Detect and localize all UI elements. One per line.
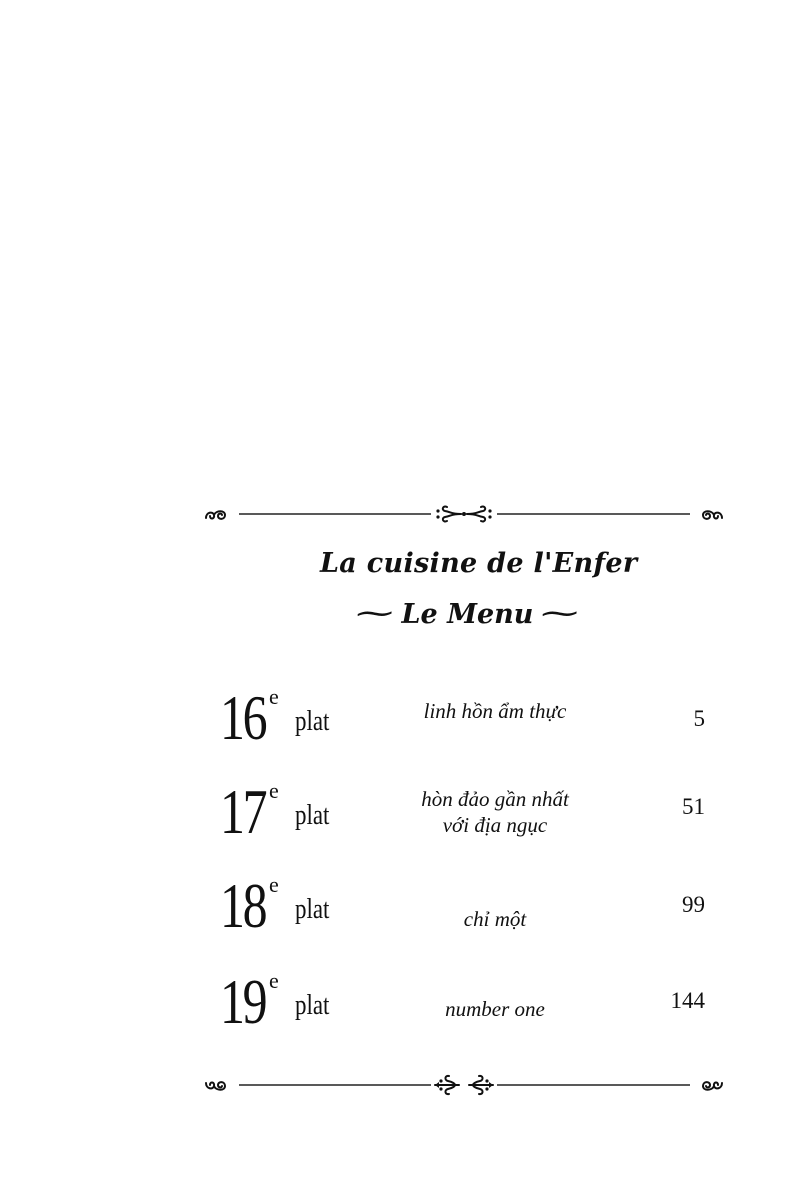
- course-number: 16: [220, 686, 265, 750]
- menu-row: 17 e plat hòn đảo gần nhất với địa ngục …: [215, 780, 705, 860]
- menu-subtitle-text: Le Menu: [402, 599, 534, 630]
- course-number: 18: [220, 874, 265, 938]
- top-ornamental-divider: [203, 502, 725, 526]
- dish-title: hòn đảo gần nhất với địa ngục: [365, 786, 625, 838]
- tilde-left: ~: [352, 596, 397, 631]
- page-number: 144: [671, 988, 706, 1014]
- dish-line: number one: [365, 996, 625, 1022]
- menu-title: La cuisine de l'Enfer: [320, 548, 620, 579]
- dish-title: linh hồn ẩm thực: [365, 698, 625, 724]
- menu-row: 19 e plat number one 144: [215, 970, 705, 1050]
- course-superscript: e: [269, 970, 279, 992]
- course-number: 19: [220, 970, 265, 1034]
- course-word: plat: [295, 896, 329, 924]
- course-word: plat: [295, 802, 329, 830]
- course-superscript: e: [269, 780, 279, 802]
- course-superscript: e: [269, 874, 279, 896]
- menu-subtitle: ~Le Menu~: [345, 596, 590, 631]
- dish-title: number one: [365, 996, 625, 1022]
- dish-line: linh hồn ẩm thực: [365, 698, 625, 724]
- page-number: 51: [682, 794, 705, 820]
- course-word: plat: [295, 708, 329, 736]
- dish-title: chỉ một: [365, 906, 625, 932]
- dish-line: với địa ngục: [365, 812, 625, 838]
- page-number: 5: [694, 706, 706, 732]
- dish-line: hòn đảo gần nhất: [365, 786, 625, 812]
- flourish-divider-icon: [203, 502, 725, 526]
- menu-page: La cuisine de l'Enfer ~Le Menu~ 16 e pla…: [0, 0, 793, 1200]
- menu-row: 18 e plat chỉ một 99: [215, 874, 705, 954]
- course-superscript: e: [269, 686, 279, 708]
- dish-line: chỉ một: [365, 906, 625, 932]
- flourish-divider-icon: [203, 1073, 725, 1097]
- course-number: 17: [220, 780, 265, 844]
- bottom-ornamental-divider: [203, 1073, 725, 1097]
- course-word: plat: [295, 992, 329, 1020]
- tilde-right: ~: [537, 596, 582, 631]
- page-number: 99: [682, 892, 705, 918]
- menu-row: 16 e plat linh hồn ẩm thực 5: [215, 686, 705, 766]
